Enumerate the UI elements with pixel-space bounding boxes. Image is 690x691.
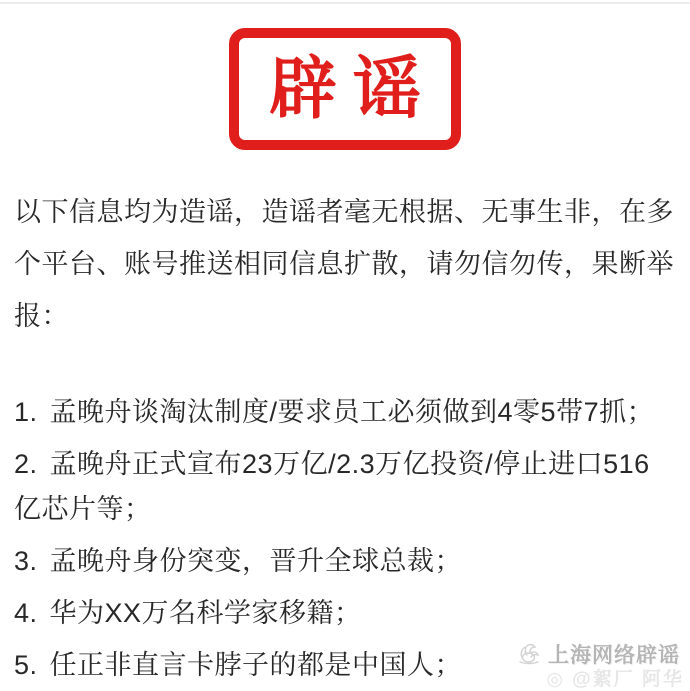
rumor-text: 孟晚舟谈淘汰制度/要求员工必须做到4零5带7抓； (50, 397, 655, 427)
rumor-text: 华为XX万名科学家移籍； (50, 598, 362, 628)
stamp-label: 辟谣 (269, 55, 437, 123)
rumor-number: 2. (14, 449, 38, 479)
rumor-number: 5. (14, 650, 38, 680)
shanghai-piyao-logo-icon (516, 641, 542, 667)
intro-paragraph: 以下信息均为造谣，造谣者毫无根据、无事生非，在多个平台、账号推送相同信息扩散，请… (14, 186, 676, 342)
top-divider (0, 2, 690, 4)
rumor-item: 3.孟晚舟身份突变，晋升全球总裁； (14, 539, 676, 584)
rumor-number: 1. (14, 397, 38, 427)
refute-rumor-stamp: 辟谣 (229, 28, 461, 150)
rumor-text: 孟晚舟正式宣布23万亿/2.3万亿投资/停止进口516亿芯片等； (14, 449, 650, 524)
rumor-text: 任正非直言卡脖子的都是中国人； (50, 650, 463, 680)
rumor-number: 4. (14, 598, 38, 628)
rumor-item: 4.华为XX万名科学家移籍； (14, 591, 676, 636)
watermark-author-label: ◎ @絮厂 阿华 (546, 664, 684, 691)
rumor-number: 3. (14, 546, 38, 576)
rumor-item: 2.孟晚舟正式宣布23万亿/2.3万亿投资/停止进口516亿芯片等； (14, 442, 676, 532)
rumor-item: 1.孟晚舟谈淘汰制度/要求员工必须做到4零5带7抓； (14, 390, 676, 435)
notice-body: 以下信息均为造谣，造谣者毫无根据、无事生非，在多个平台、账号推送相同信息扩散，请… (0, 186, 690, 688)
rumor-text: 孟晚舟身份突变，晋升全球总裁； (50, 546, 463, 576)
